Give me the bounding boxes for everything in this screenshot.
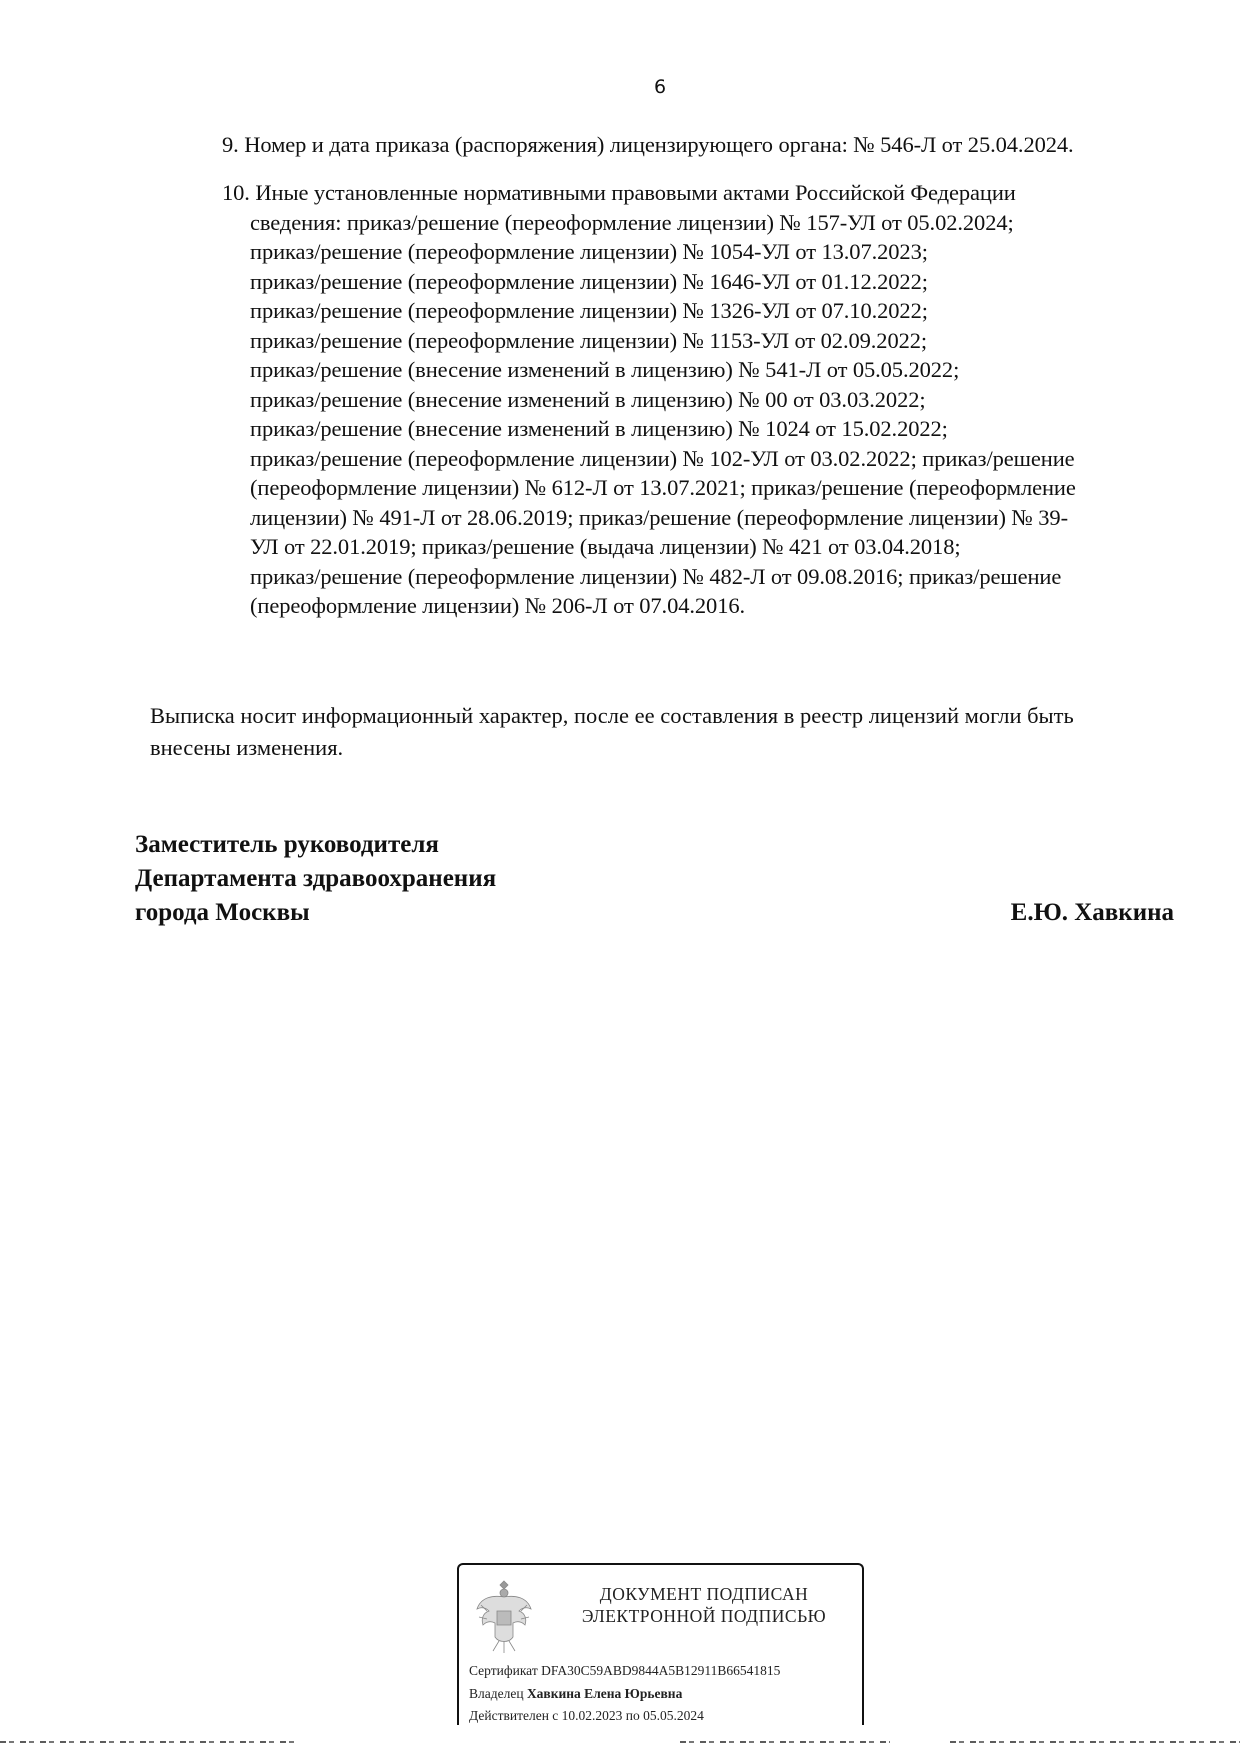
item-10-line: сведения: приказ/решение (переоформление… xyxy=(250,208,1182,238)
position-line: Департамента здравоохранения xyxy=(135,862,496,896)
certificate-label: Сертификат xyxy=(469,1663,538,1678)
item-10-line: приказ/решение (переоформление лицензии)… xyxy=(250,237,1182,267)
item-10-other-info: 10. Иные установленные нормативными прав… xyxy=(222,178,1182,621)
page-number: 6 xyxy=(0,76,1240,98)
disclaimer-line: Выписка носит информационный характер, п… xyxy=(150,700,1170,732)
item-10-line: лицензии) № 491-Л от 28.06.2019; приказ/… xyxy=(250,503,1182,533)
item-10-line: приказ/решение (переоформление лицензии)… xyxy=(250,562,1182,592)
item-10-line: УЛ от 22.01.2019; приказ/решение (выдача… xyxy=(250,532,1182,562)
scan-artifact-line xyxy=(0,1741,300,1743)
position-line: Заместитель руководителя xyxy=(135,828,496,862)
item-10-line: (переоформление лицензии) № 612-Л от 13.… xyxy=(250,473,1182,503)
stamp-title-line: ДОКУМЕНТ ПОДПИСАН xyxy=(559,1583,849,1605)
scan-artifact-line xyxy=(950,1741,1240,1743)
certificate-info: Сертификат DFA30C59ABD9844A5B12911B66541… xyxy=(469,1663,780,1679)
item-10-line: приказ/решение (переоформление лицензии)… xyxy=(250,444,1182,474)
electronic-signature-stamp: ДОКУМЕНТ ПОДПИСАН ЭЛЕКТРОННОЙ ПОДПИСЬЮ С… xyxy=(457,1563,864,1725)
owner-info: Владелец Хавкина Елена Юрьевна xyxy=(469,1686,682,1702)
item-10-line: приказ/решение (переоформление лицензии)… xyxy=(250,326,1182,356)
disclaimer-line: внесены изменения. xyxy=(150,732,1170,764)
certificate-value: DFA30C59ABD9844A5B12911B66541815 xyxy=(541,1663,780,1678)
item-10-line: приказ/решение (переоформление лицензии)… xyxy=(250,267,1182,297)
validity-info: Действителен с 10.02.2023 по 05.05.2024 xyxy=(469,1708,704,1724)
owner-value: Хавкина Елена Юрьевна xyxy=(527,1686,682,1701)
item-9-order-number: 9. Номер и дата приказа (распоряжения) л… xyxy=(222,130,1074,160)
signatory-name: Е.Ю. Хавкина xyxy=(1011,896,1174,930)
item-10-line: 10. Иные установленные нормативными прав… xyxy=(222,178,1182,208)
item-10-line: (переоформление лицензии) № 206-Л от 07.… xyxy=(250,591,1182,621)
disclaimer: Выписка носит информационный характер, п… xyxy=(150,700,1170,764)
scan-artifact-line xyxy=(680,1741,890,1743)
item-10-line: приказ/решение (внесение изменений в лиц… xyxy=(250,355,1182,385)
item-10-line: приказ/решение (внесение изменений в лиц… xyxy=(250,414,1182,444)
stamp-title: ДОКУМЕНТ ПОДПИСАН ЭЛЕКТРОННОЙ ПОДПИСЬЮ xyxy=(559,1583,849,1627)
signatory-position: Заместитель руководителя Департамента зд… xyxy=(135,828,496,930)
item-10-line: приказ/решение (переоформление лицензии)… xyxy=(250,296,1182,326)
stamp-title-line: ЭЛЕКТРОННОЙ ПОДПИСЬЮ xyxy=(559,1605,849,1627)
owner-label: Владелец xyxy=(469,1686,524,1701)
position-line: города Москвы xyxy=(135,896,496,930)
item-10-line: приказ/решение (внесение изменений в лиц… xyxy=(250,385,1182,415)
coat-of-arms-icon xyxy=(473,1577,535,1657)
